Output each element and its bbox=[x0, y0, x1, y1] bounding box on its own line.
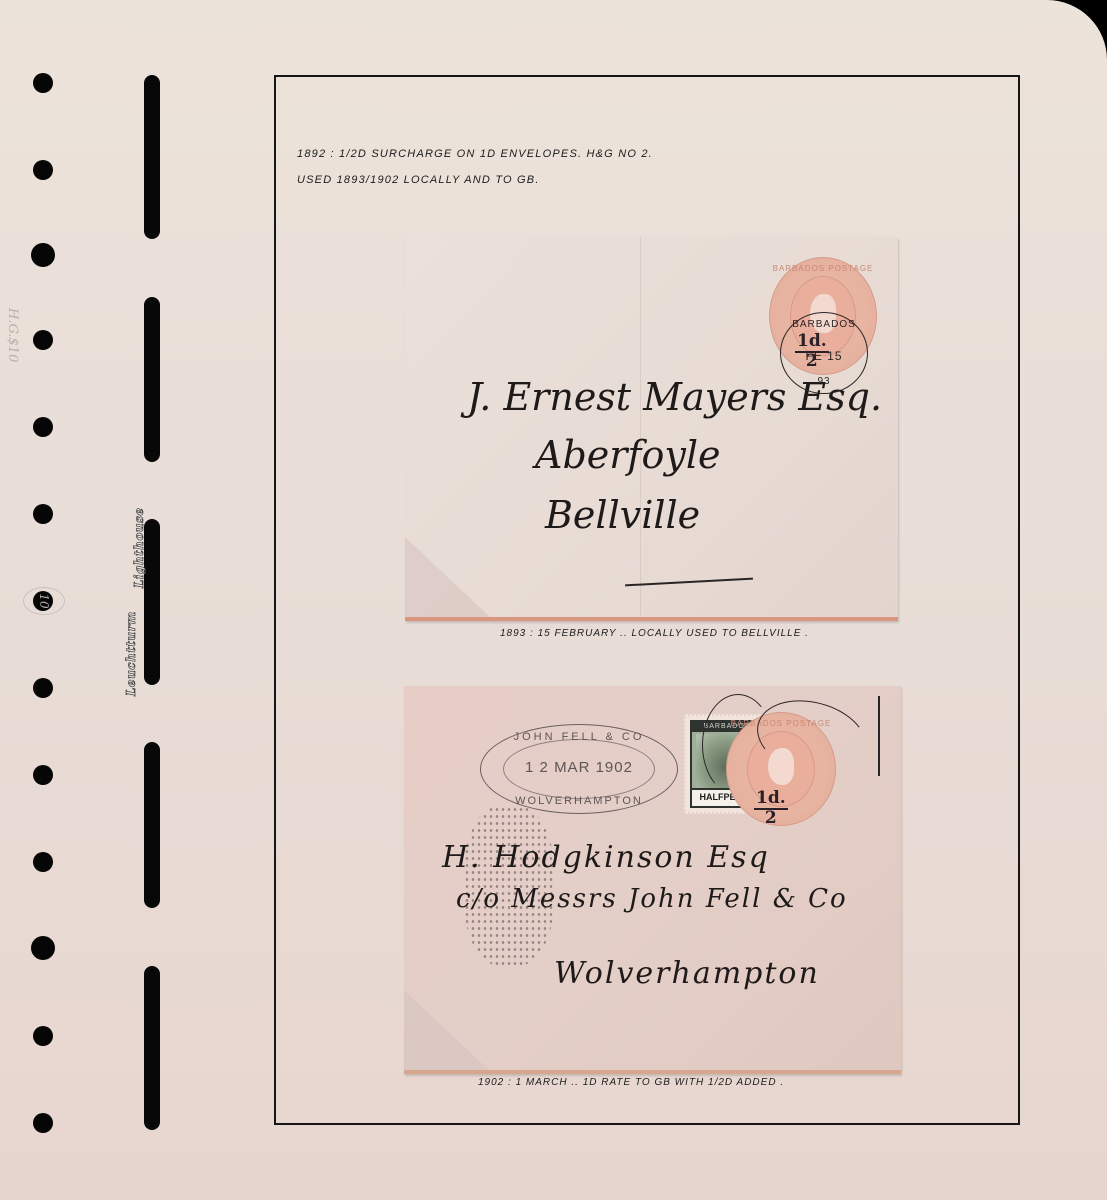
envelope-fold-line bbox=[640, 237, 641, 617]
album-page: Leuchtturm Lighthouse H.G.$10 10 1892 : … bbox=[0, 0, 1107, 1200]
surcharge-denominator: 2 bbox=[754, 810, 788, 827]
binder-slot bbox=[144, 297, 160, 462]
brand-leuchtturm: Leuchtturm bbox=[124, 611, 138, 696]
address-line-1: H. Hodgkinson Esq bbox=[442, 840, 770, 875]
binder-hole bbox=[33, 504, 53, 524]
surcharge-numerator: 1d. bbox=[795, 333, 829, 353]
handstamp-company: JOHN FELL & CO bbox=[481, 731, 677, 743]
surcharge-denominator: 2 bbox=[795, 353, 829, 370]
binder-slot bbox=[144, 519, 160, 685]
binder-hole bbox=[31, 243, 55, 267]
envelope-flap bbox=[405, 537, 490, 617]
address-line-3: Bellville bbox=[545, 493, 700, 537]
caption-envelope-1893: 1893 : 15 February .. Locally used to Be… bbox=[500, 628, 809, 639]
binder-hole bbox=[33, 852, 53, 872]
binder-hole bbox=[33, 678, 53, 698]
envelope-flap bbox=[404, 990, 489, 1070]
binder-hole bbox=[33, 330, 53, 350]
heading-line-2: Used 1893/1902 Locally and to GB. bbox=[297, 174, 540, 186]
address-line-3: Wolverhampton bbox=[554, 956, 820, 991]
binder-slot bbox=[144, 966, 160, 1130]
binder-hole bbox=[33, 160, 53, 180]
binder-slot bbox=[144, 742, 160, 908]
address-line-1: J. Ernest Mayers Esq. bbox=[467, 375, 882, 419]
binder-hole bbox=[33, 1026, 53, 1046]
address-line-2: c/o Messrs John Fell & Co bbox=[456, 884, 848, 914]
cancellation-stroke bbox=[878, 696, 880, 776]
indicium-label: BARBADOS POSTAGE bbox=[770, 264, 876, 273]
brand-lighthouse: Lighthouse bbox=[132, 508, 146, 589]
binder-hole bbox=[33, 417, 53, 437]
company-handstamp: JOHN FELL & CO 1 2 MAR 1902 WOLVERHAMPTO… bbox=[480, 724, 678, 814]
binder-hole bbox=[31, 936, 55, 960]
handstamp-date: 1 2 MAR 1902 bbox=[481, 759, 677, 776]
half-penny-surcharge: 1d. 2 bbox=[754, 790, 788, 827]
binder-hole bbox=[33, 765, 53, 785]
binder-slot bbox=[144, 75, 160, 239]
binder-hole bbox=[33, 73, 53, 93]
pencil-note-price: H.G.$10 bbox=[5, 308, 20, 362]
pencil-note-circled: 10 bbox=[23, 587, 65, 615]
envelope-1902: JOHN FELL & CO 1 2 MAR 1902 WOLVERHAMPTO… bbox=[404, 686, 901, 1074]
binder-hole bbox=[33, 1113, 53, 1133]
heading-line-1: 1892 : 1/2d Surcharge on 1d Envelopes. H… bbox=[297, 148, 653, 160]
address-underline bbox=[625, 578, 753, 586]
pencil-note-circled-text: 10 bbox=[37, 593, 51, 608]
half-penny-surcharge: 1d. 2 bbox=[795, 333, 829, 370]
postmark-town: BARBADOS bbox=[781, 319, 867, 330]
caption-envelope-1902: 1902 : 1 March .. 1d Rate to GB with 1/2… bbox=[478, 1077, 784, 1088]
surcharge-numerator: 1d. bbox=[754, 790, 788, 810]
address-line-2: Aberfoyle bbox=[535, 433, 720, 477]
envelope-1893: BARBADOS POSTAGE BARBADOS FE 15 93 1d. 2… bbox=[405, 237, 898, 621]
